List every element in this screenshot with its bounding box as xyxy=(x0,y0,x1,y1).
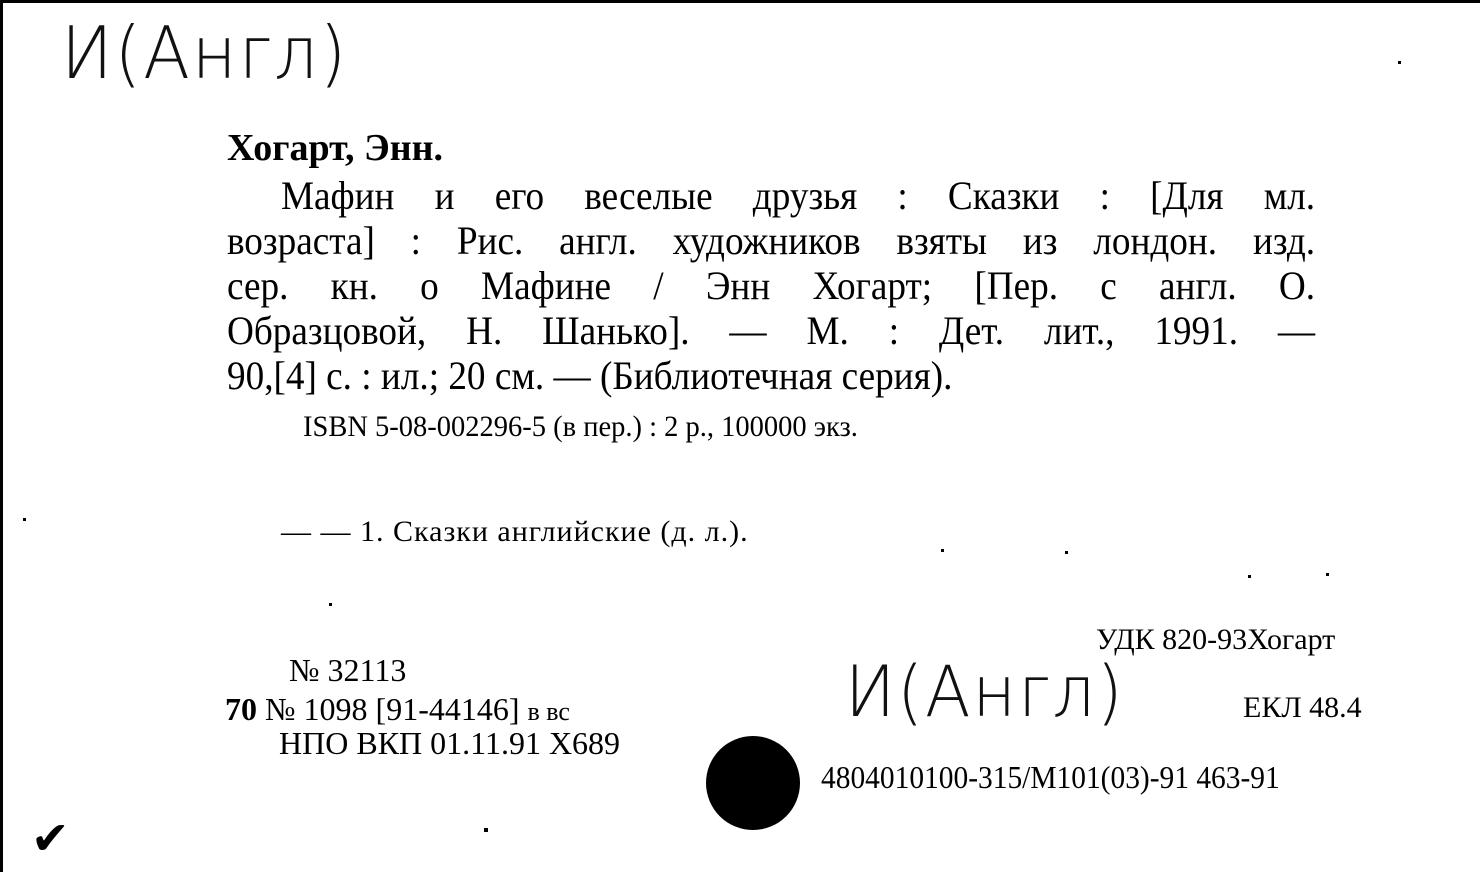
scan-speck xyxy=(941,549,944,552)
handwritten-classification-top: И(Англ) xyxy=(61,11,348,95)
bibliographic-description: Мафин и его веселые друзья : Сказки : [Д… xyxy=(227,173,1315,398)
scan-speck xyxy=(1065,551,1068,554)
print-prefix: 70 xyxy=(225,691,257,727)
punch-hole xyxy=(706,736,800,830)
description-line: возраста] : Рис. англ. художников взяты … xyxy=(227,218,1315,263)
author-heading: Хогарт, Энн. xyxy=(227,126,443,170)
description-line: Мафин и его веселые друзья : Сказки : [Д… xyxy=(227,173,1315,218)
scan-speck xyxy=(484,828,488,832)
publisher-line: НПО ВКП 01.11.91 Х689 xyxy=(279,725,620,762)
description-line: 90,[4] с. : ил.; 20 см. — (Библиотечная … xyxy=(227,353,1315,398)
scan-speck xyxy=(1248,575,1251,578)
library-catalog-card: И(Англ) Хогарт, Энн. Мафин и его веселые… xyxy=(0,0,1480,872)
check-mark-icon: ✔ xyxy=(31,811,70,865)
scan-speck xyxy=(23,518,26,521)
isbn-line: ISBN 5-08-002296-5 (в пер.) : 2 р., 1000… xyxy=(303,410,858,444)
udc-code: УДК 820-93Хогарт xyxy=(1096,623,1335,657)
handwritten-classification-bottom: И(Англ) xyxy=(845,651,1125,733)
print-number: № 1098 [91-44146] xyxy=(265,691,520,727)
subject-heading: — — 1. Сказки английские (д. л.). xyxy=(281,515,749,549)
description-line: Образцовой, Н. Шанько]. — М. : Дет. лит.… xyxy=(227,308,1315,353)
scan-speck xyxy=(1398,61,1401,64)
order-number: № 32113 xyxy=(289,652,406,689)
scan-speck xyxy=(329,603,332,606)
catalog-code: 4804010100-315/М101(03)-91 463-91 xyxy=(821,759,1280,796)
ekl-code: ЕКЛ 48.4 xyxy=(1243,691,1362,725)
print-suffix: в вс xyxy=(528,697,570,726)
description-line: сер. кн. о Мафине / Энн Хогарт; [Пер. с … xyxy=(227,263,1315,308)
scan-speck xyxy=(1326,573,1329,576)
print-line: 70 № 1098 [91-44146] в вс xyxy=(225,691,570,728)
